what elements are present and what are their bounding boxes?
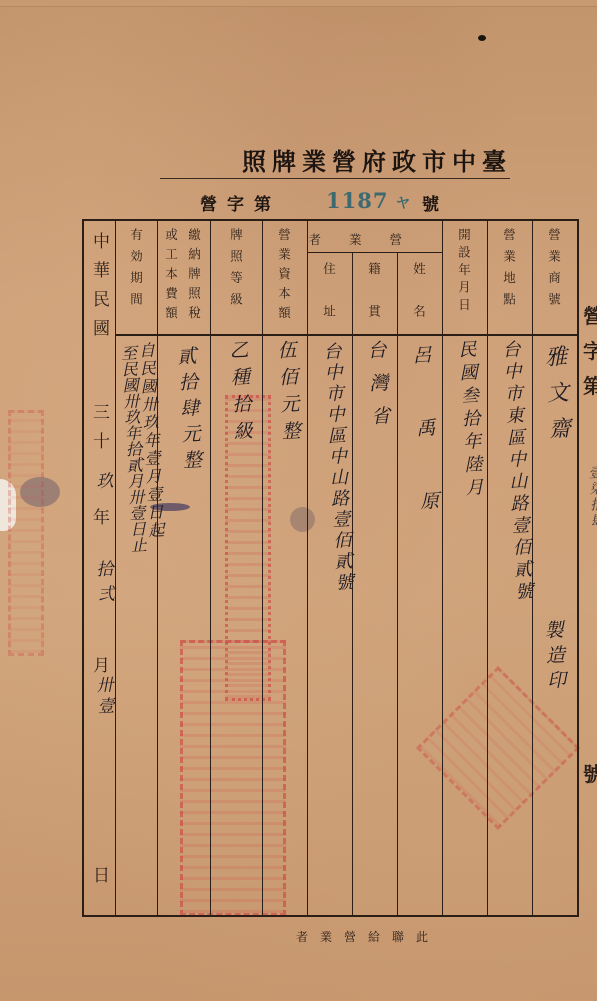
date-month-label: 月 (90, 656, 107, 673)
ink-stain (290, 507, 315, 532)
red-seal-faint (8, 410, 44, 656)
group-header-divider (307, 252, 442, 253)
serial-mark: ヤ (396, 193, 410, 213)
header-license-grade: 牌照等級 (229, 228, 242, 314)
column-line (157, 219, 158, 917)
edge-handwriting: 壹柒拾肆 (584, 464, 597, 529)
document-title: 臺中市政府營業牌照 (172, 142, 512, 177)
value-capital: 伍佰元整 (272, 339, 305, 448)
table-right-border (577, 219, 579, 917)
column-line (397, 252, 398, 917)
column-line (487, 219, 488, 917)
header-capital: 營業資本額 (277, 228, 290, 326)
date-year-prefix: 三十 (90, 403, 107, 461)
header-group-operator: 營業者 (320, 230, 430, 248)
ink-dot (478, 35, 486, 41)
value-shop-note: 製造印 (539, 619, 570, 695)
column-line (307, 219, 308, 917)
date-year-label: 年 (90, 508, 107, 525)
header-owner-address: 住址 (322, 262, 335, 347)
table-left-border (82, 219, 84, 917)
value-shop-name: 雅文齋 (538, 344, 575, 453)
column-line (262, 219, 263, 917)
value-owner-origin: 台灣省 (362, 339, 394, 439)
header-validity: 有効期間 (129, 228, 142, 314)
value-license-grade: 乙種拾級 (224, 339, 257, 448)
title-underline (160, 178, 510, 179)
edge-fragment-char: 號 (583, 758, 597, 787)
header-location: 營業地點 (502, 228, 515, 314)
date-month-handwritten: 拾弍 (90, 559, 118, 610)
header-owner-origin: 籍貫 (367, 262, 380, 347)
header-tax: 繳納牌照稅 (187, 228, 200, 326)
header-owner-name: 姓名 (412, 262, 425, 347)
serial-suffix-label: 號 (422, 190, 439, 215)
header-shop-name: 營業商號 (547, 228, 560, 314)
column-line (442, 219, 443, 917)
edge-fragment-char: 營 (583, 300, 597, 329)
edge-fragment-char: 第 (583, 370, 597, 399)
column-line (210, 219, 211, 917)
header-tax-line2: 或工本費額 (164, 228, 177, 326)
date-day-label: 日 (90, 866, 107, 883)
header-opened-date: 開設年月日 (457, 228, 470, 316)
header-divider (115, 334, 578, 336)
serial-number: 1187 (326, 188, 388, 213)
serial-prefix-label: 營字第 (200, 190, 281, 215)
edge-fragment-char: 字 (583, 335, 597, 364)
date-year-handwritten: 玖 (90, 471, 116, 495)
footer-note: 此聯給營業者 (220, 928, 440, 945)
serial-row: 營字第 1187 ヤ 號 (200, 190, 480, 216)
date-day-handwritten: 卅壹 (90, 675, 117, 718)
date-era: 中華民國 (90, 232, 107, 348)
